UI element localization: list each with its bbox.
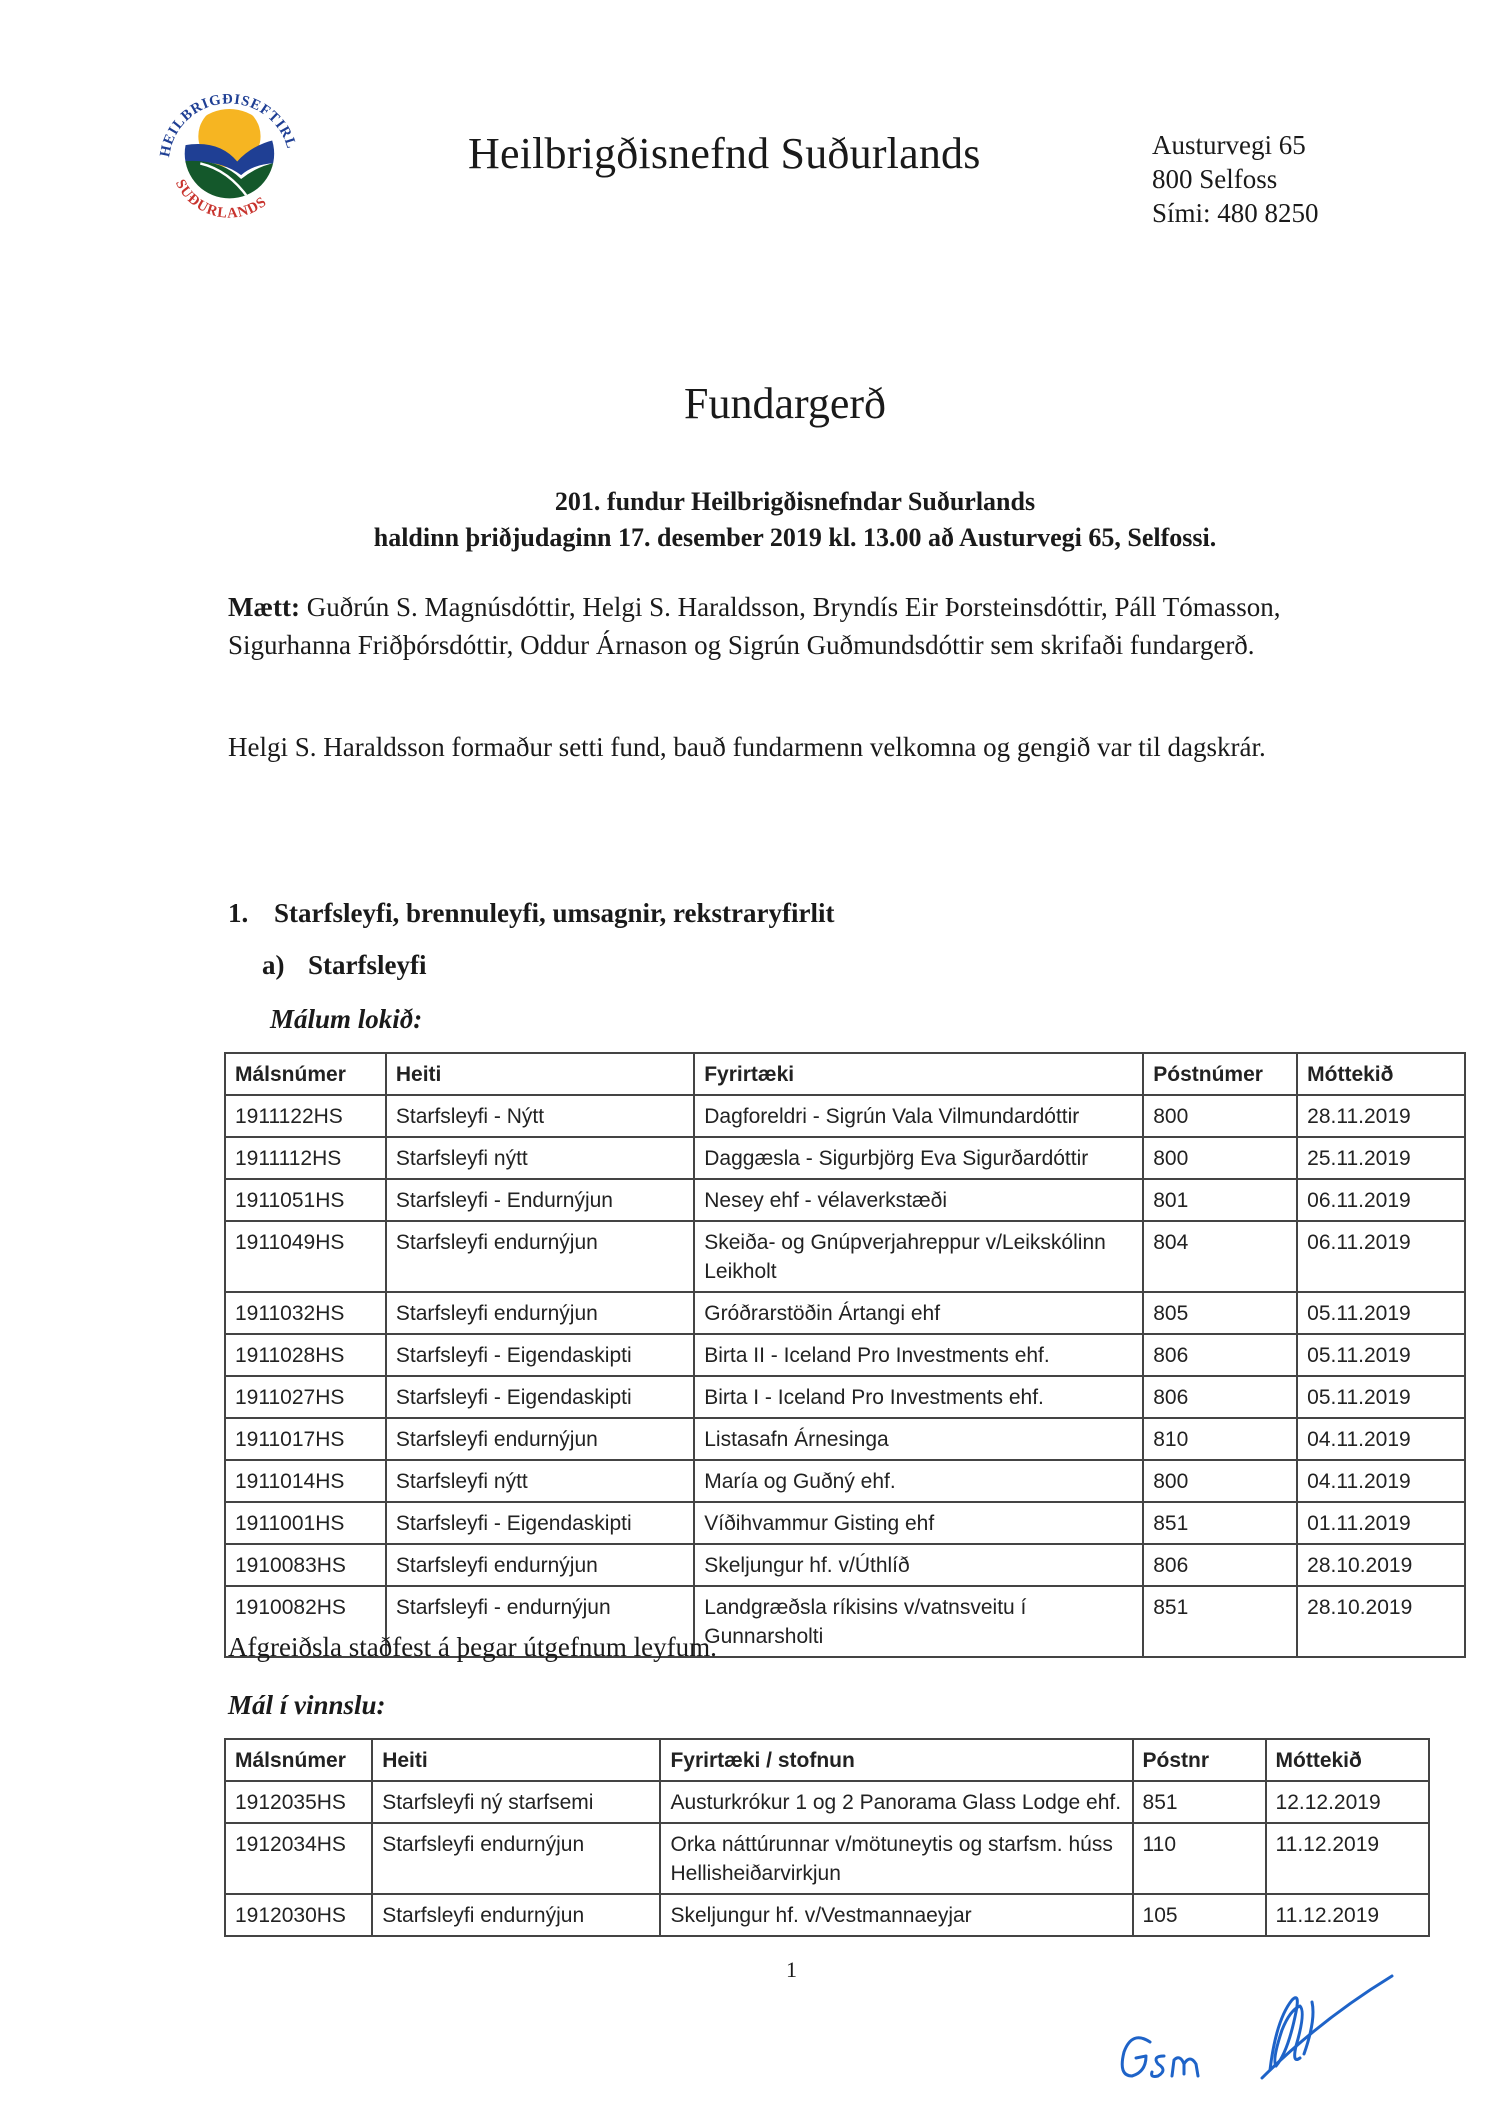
table-cell: 806 xyxy=(1143,1544,1297,1586)
meeting-number: 201. fundur Heilbrigðisnefndar Suðurland… xyxy=(230,484,1360,520)
column-header: Póstnr xyxy=(1133,1739,1266,1781)
table-row: 1911027HSStarfsleyfi - EigendaskiptiBirt… xyxy=(225,1376,1465,1418)
column-header: Móttekið xyxy=(1297,1053,1465,1095)
column-header: Fyrirtæki / stofnun xyxy=(660,1739,1132,1781)
table-cell: 11.12.2019 xyxy=(1266,1823,1429,1894)
table-cell: 110 xyxy=(1133,1823,1266,1894)
address-phone: Sími: 480 8250 xyxy=(1152,196,1319,230)
table-cell: Daggæsla - Sigurbjörg Eva Sigurðardóttir xyxy=(694,1137,1143,1179)
table-cell: 804 xyxy=(1143,1221,1297,1292)
subsection-letter: a) xyxy=(262,950,308,981)
table-cell: 1911122HS xyxy=(225,1095,386,1137)
table-row: 1912030HSStarfsleyfi endurnýjunSkeljungu… xyxy=(225,1894,1429,1936)
table-cell: Skeljungur hf. v/Úthlíð xyxy=(694,1544,1143,1586)
subsection-title: Starfsleyfi xyxy=(308,950,426,980)
table-cell: Starfsleyfi endurnýjun xyxy=(386,1292,694,1334)
table-cell: 105 xyxy=(1133,1894,1266,1936)
table-cell: Landgræðsla ríkisins v/vatnsveitu í Gunn… xyxy=(694,1586,1143,1657)
table-row: 1911122HSStarfsleyfi - NýttDagforeldri -… xyxy=(225,1095,1465,1137)
table-row: 1911017HSStarfsleyfi endurnýjunListasafn… xyxy=(225,1418,1465,1460)
subsection-heading: a)Starfsleyfi xyxy=(262,950,426,981)
table-cell: Starfsleyfi endurnýjun xyxy=(386,1544,694,1586)
table-cell: Starfsleyfi nýtt xyxy=(386,1460,694,1502)
section-title: Starfsleyfi, brennuleyfi, umsagnir, reks… xyxy=(274,898,834,928)
table-cell: 28.11.2019 xyxy=(1297,1095,1465,1137)
table-cell: 1911112HS xyxy=(225,1137,386,1179)
column-header: Heiti xyxy=(372,1739,660,1781)
table-cell: 805 xyxy=(1143,1292,1297,1334)
in-progress-heading: Mál í vinnslu: xyxy=(228,1690,386,1721)
table-cell: Starfsleyfi nýtt xyxy=(386,1137,694,1179)
closed-cases-table: MálsnúmerHeitiFyrirtækiPóstnúmerMóttekið… xyxy=(224,1052,1466,1658)
address-street: Austurvegi 65 xyxy=(1152,128,1319,162)
table-cell: 1912034HS xyxy=(225,1823,372,1894)
table-cell: 1910083HS xyxy=(225,1544,386,1586)
document-title: Fundargerð xyxy=(0,378,1500,429)
table-cell: 04.11.2019 xyxy=(1297,1460,1465,1502)
table-row: 1911001HSStarfsleyfi - EigendaskiptiVíði… xyxy=(225,1502,1465,1544)
in-progress-table: MálsnúmerHeitiFyrirtæki / stofnunPóstnrM… xyxy=(224,1738,1430,1937)
table-cell: 1912035HS xyxy=(225,1781,372,1823)
table-cell: 12.12.2019 xyxy=(1266,1781,1429,1823)
table-cell: 1911028HS xyxy=(225,1334,386,1376)
table-cell: 1911014HS xyxy=(225,1460,386,1502)
address-city: 800 Selfoss xyxy=(1152,162,1319,196)
organization-name: Heilbrigðisnefnd Suðurlands xyxy=(468,128,981,179)
table-cell: 800 xyxy=(1143,1460,1297,1502)
table-cell: Starfsleyfi ný starfsemi xyxy=(372,1781,660,1823)
table-cell: 06.11.2019 xyxy=(1297,1179,1465,1221)
table-cell: Birta II - Iceland Pro Investments ehf. xyxy=(694,1334,1143,1376)
table-cell: 1911017HS xyxy=(225,1418,386,1460)
table-cell: Starfsleyfi - Nýtt xyxy=(386,1095,694,1137)
table-cell: 851 xyxy=(1133,1781,1266,1823)
signature-icon xyxy=(1000,1960,1450,2100)
table-cell: Starfsleyfi - Eigendaskipti xyxy=(386,1334,694,1376)
table-cell: 851 xyxy=(1143,1502,1297,1544)
handwritten-initials xyxy=(1000,1960,1450,2100)
table-cell: 1911032HS xyxy=(225,1292,386,1334)
confirmation-text: Afgreiðsla staðfest á þegar útgefnum ley… xyxy=(228,1632,717,1663)
table-cell: Starfsleyfi endurnýjun xyxy=(386,1418,694,1460)
table-cell: 05.11.2019 xyxy=(1297,1334,1465,1376)
table-header-row: MálsnúmerHeitiFyrirtækiPóstnúmerMóttekið xyxy=(225,1053,1465,1095)
table-row: 1911032HSStarfsleyfi endurnýjunGróðrarst… xyxy=(225,1292,1465,1334)
table-cell: Dagforeldri - Sigrún Vala Vilmundardótti… xyxy=(694,1095,1143,1137)
table-cell: 28.10.2019 xyxy=(1297,1586,1465,1657)
meeting-datetime-location: haldinn þriðjudaginn 17. desember 2019 k… xyxy=(230,520,1360,556)
table-cell: Skeljungur hf. v/Vestmannaeyjar xyxy=(660,1894,1132,1936)
column-header: Móttekið xyxy=(1266,1739,1429,1781)
attendance-list: Guðrún S. Magnúsdóttir, Helgi S. Haralds… xyxy=(228,592,1281,660)
table-cell: Gróðrarstöðin Ártangi ehf xyxy=(694,1292,1143,1334)
table-cell: 05.11.2019 xyxy=(1297,1292,1465,1334)
table-cell: 01.11.2019 xyxy=(1297,1502,1465,1544)
table-row: 1911049HSStarfsleyfi endurnýjunSkeiða- o… xyxy=(225,1221,1465,1292)
table-cell: Nesey ehf - vélaverkstæði xyxy=(694,1179,1143,1221)
table-row: 1911112HSStarfsleyfi nýttDaggæsla - Sigu… xyxy=(225,1137,1465,1179)
table-cell: 801 xyxy=(1143,1179,1297,1221)
column-header: Póstnúmer xyxy=(1143,1053,1297,1095)
table-row: 1910083HSStarfsleyfi endurnýjunSkeljungu… xyxy=(225,1544,1465,1586)
table-cell: Víðihvammur Gisting ehf xyxy=(694,1502,1143,1544)
column-header: Málsnúmer xyxy=(225,1739,372,1781)
table-cell: Listasafn Árnesinga xyxy=(694,1418,1143,1460)
table-row: 1911028HSStarfsleyfi - EigendaskiptiBirt… xyxy=(225,1334,1465,1376)
table-cell: 06.11.2019 xyxy=(1297,1221,1465,1292)
table-header-row: MálsnúmerHeitiFyrirtæki / stofnunPóstnrM… xyxy=(225,1739,1429,1781)
table-cell: Starfsleyfi endurnýjun xyxy=(372,1823,660,1894)
table-cell: Skeiða- og Gnúpverjahreppur v/Leikskólin… xyxy=(694,1221,1143,1292)
table-cell: 806 xyxy=(1143,1334,1297,1376)
attendance-label: Mætt: xyxy=(228,592,300,622)
table-row: 1912034HSStarfsleyfi endurnýjunOrka nátt… xyxy=(225,1823,1429,1894)
logo-emblem-icon: HEILBRIGÐISEFTIRLIT SUÐURLANDS xyxy=(140,58,315,228)
table-cell: 800 xyxy=(1143,1095,1297,1137)
column-header: Fyrirtæki xyxy=(694,1053,1143,1095)
table-cell: Starfsleyfi - Endurnýjun xyxy=(386,1179,694,1221)
opening-paragraph: Helgi S. Haraldsson formaður setti fund,… xyxy=(228,728,1348,766)
table-cell: 1911051HS xyxy=(225,1179,386,1221)
section-number: 1. xyxy=(228,898,274,929)
table-cell: 04.11.2019 xyxy=(1297,1418,1465,1460)
organization-logo: HEILBRIGÐISEFTIRLIT SUÐURLANDS xyxy=(140,58,315,228)
table-cell: Austurkrókur 1 og 2 Panorama Glass Lodge… xyxy=(660,1781,1132,1823)
table-cell: 11.12.2019 xyxy=(1266,1894,1429,1936)
table-cell: Starfsleyfi endurnýjun xyxy=(372,1894,660,1936)
table-cell: 25.11.2019 xyxy=(1297,1137,1465,1179)
table-cell: 1912030HS xyxy=(225,1894,372,1936)
address-block: Austurvegi 65 800 Selfoss Sími: 480 8250 xyxy=(1152,128,1319,230)
table-cell: Starfsleyfi - Eigendaskipti xyxy=(386,1376,694,1418)
table-cell: María og Guðný ehf. xyxy=(694,1460,1143,1502)
table-cell: 806 xyxy=(1143,1376,1297,1418)
attendance-paragraph: Mætt: Guðrún S. Magnúsdóttir, Helgi S. H… xyxy=(228,588,1348,664)
table-cell: 851 xyxy=(1143,1586,1297,1657)
table-cell: 810 xyxy=(1143,1418,1297,1460)
table-cell: 1911049HS xyxy=(225,1221,386,1292)
meeting-info: 201. fundur Heilbrigðisnefndar Suðurland… xyxy=(230,484,1360,556)
column-header: Heiti xyxy=(386,1053,694,1095)
column-header: Málsnúmer xyxy=(225,1053,386,1095)
table-cell: 800 xyxy=(1143,1137,1297,1179)
table-row: 1911051HSStarfsleyfi - EndurnýjunNesey e… xyxy=(225,1179,1465,1221)
table-cell: 05.11.2019 xyxy=(1297,1376,1465,1418)
section-heading: 1.Starfsleyfi, brennuleyfi, umsagnir, re… xyxy=(228,898,834,929)
table-cell: Starfsleyfi - Eigendaskipti xyxy=(386,1502,694,1544)
table-row: 1912035HSStarfsleyfi ný starfsemiAusturk… xyxy=(225,1781,1429,1823)
page-number: 1 xyxy=(786,1957,797,1983)
table-cell: Birta I - Iceland Pro Investments ehf. xyxy=(694,1376,1143,1418)
closed-cases-heading: Málum lokið: xyxy=(270,1004,422,1035)
table-cell: 28.10.2019 xyxy=(1297,1544,1465,1586)
table-cell: Starfsleyfi endurnýjun xyxy=(386,1221,694,1292)
table-row: 1911014HSStarfsleyfi nýttMaría og Guðný … xyxy=(225,1460,1465,1502)
table-cell: Orka náttúrunnar v/mötuneytis og starfsm… xyxy=(660,1823,1132,1894)
table-cell: 1911027HS xyxy=(225,1376,386,1418)
table-cell: 1911001HS xyxy=(225,1502,386,1544)
